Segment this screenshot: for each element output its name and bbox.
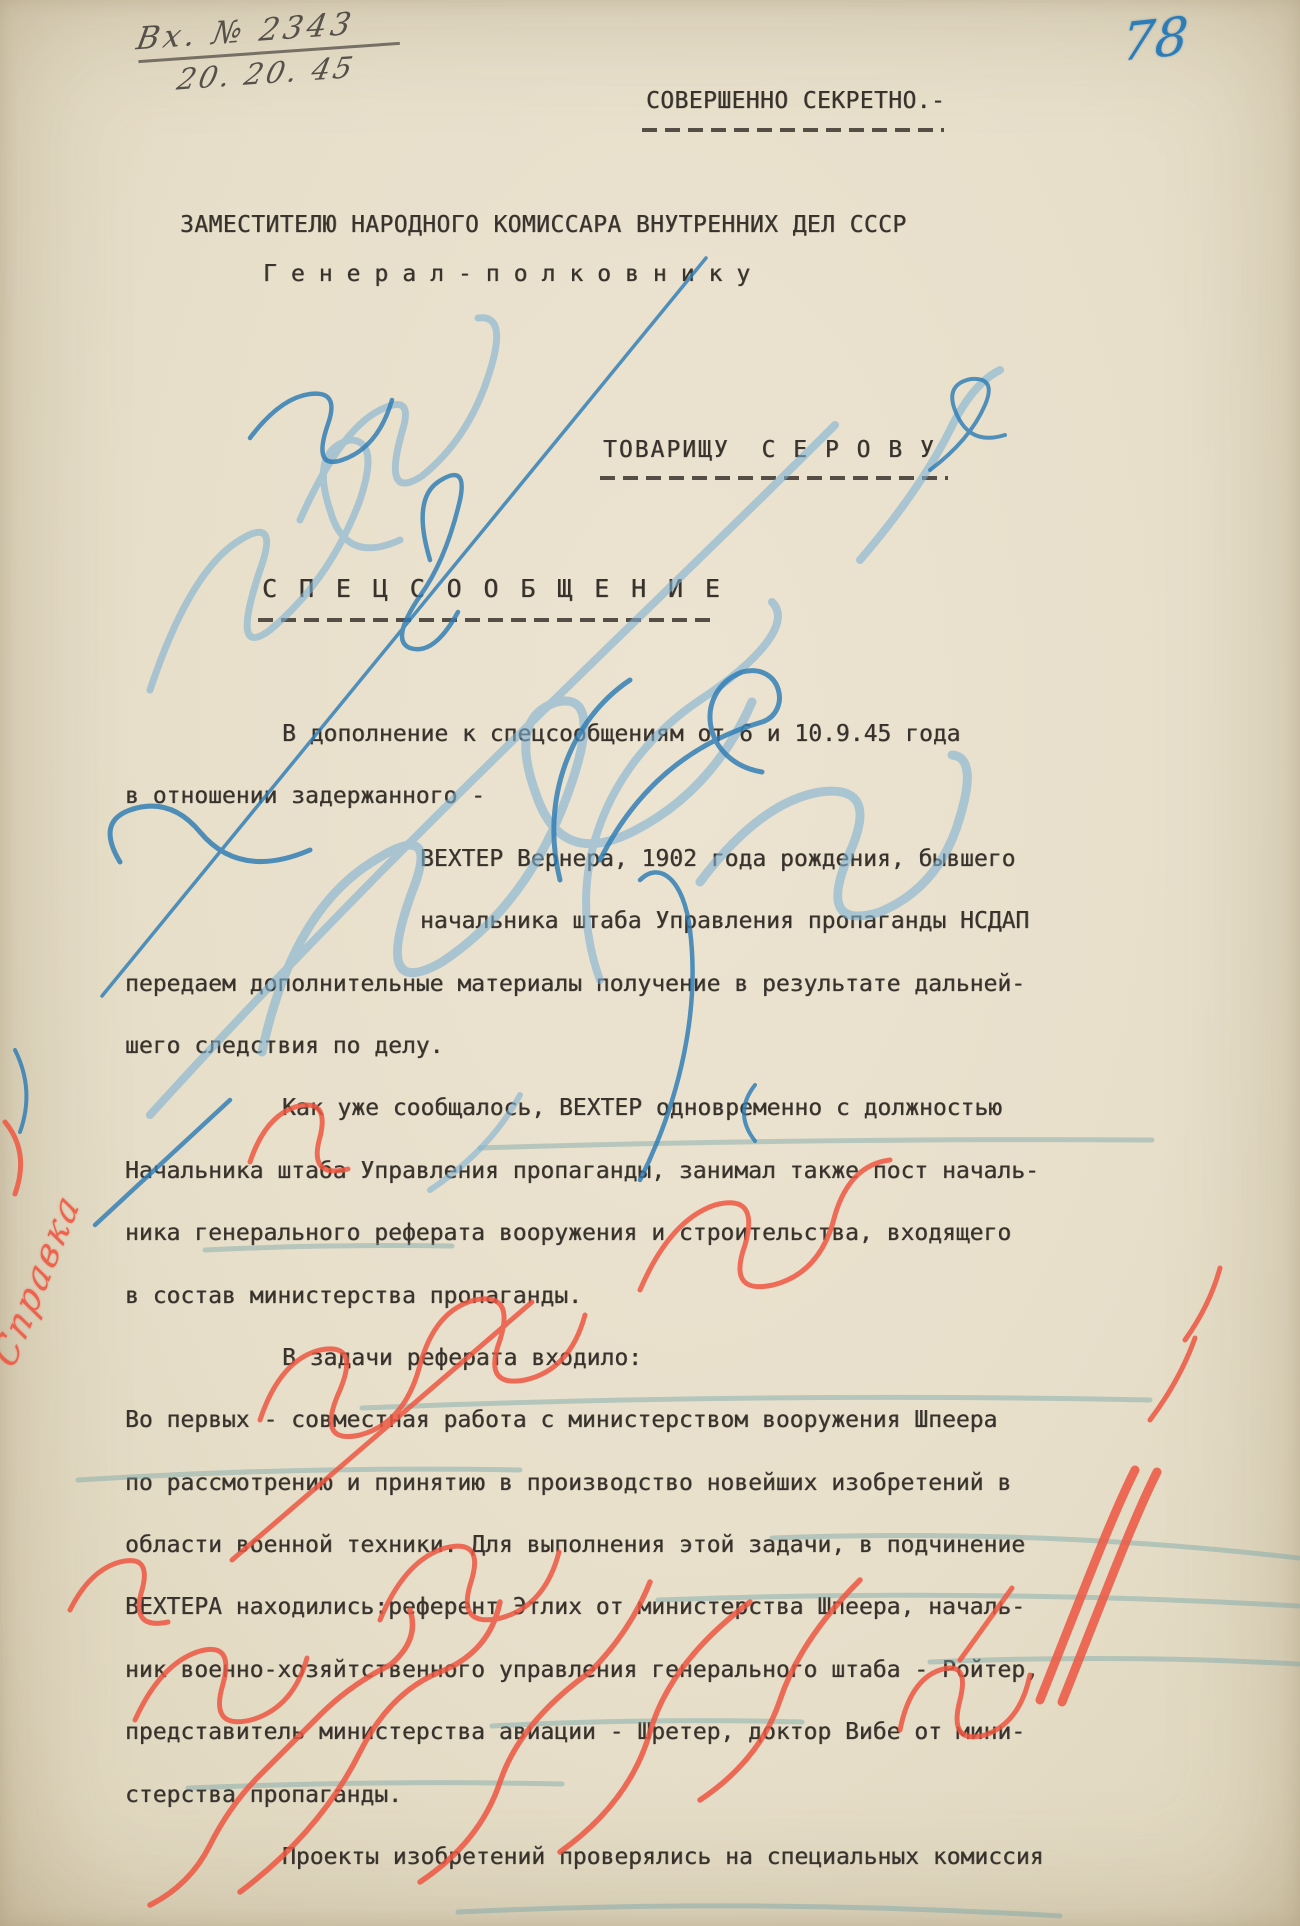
body-line: по рассмотрению и принятию в производств… (125, 1452, 1085, 1514)
registration-stamp: Вх. № 2343 20. 20. 45 (136, 3, 403, 99)
page-number: 78 (1120, 6, 1190, 74)
body-line: ник военно-хозяйтственного управления ге… (125, 1639, 1085, 1701)
body-line: в отношении задержанного - (125, 765, 1085, 827)
body-line: В дополнение к спецсообщениям от 6 и 10.… (125, 703, 1085, 765)
body-line: Проекты изобретений проверялись на специ… (125, 1826, 1085, 1888)
body-line: В задачи реферата входило: (125, 1327, 1085, 1389)
body-line: шего следствия по делу. (125, 1015, 1085, 1077)
document-title: С П Е Ц С О О Б Щ Е Н И Е (262, 574, 723, 603)
body-line: Как уже сообщалось, ВЕХТЕР одновременно … (125, 1077, 1085, 1139)
body-line: представитель министерства авиации - Шре… (125, 1701, 1085, 1763)
body-line: ника генерального реферата вооружения и … (125, 1202, 1085, 1264)
body-line: в состав министерства пропаганды. (125, 1265, 1085, 1327)
body-line: Во первых - совместная работа с министер… (125, 1389, 1085, 1451)
recipient-line-3: ТОВАРИЩУ С Е Р О В У (603, 437, 936, 463)
body-line: ВЕХТЕРА находились:референт Этлих от мин… (125, 1576, 1085, 1638)
recipient-line-2: Генерал-полковнику (263, 261, 764, 287)
classification-label: СОВЕРШЕННО СЕКРЕТНО.- (646, 88, 945, 114)
body-lines: В дополнение к спецсообщениям от 6 и 10.… (125, 703, 1085, 1888)
body-line: начальника штаба Управления пропаганды Н… (125, 890, 1085, 952)
body-line: ВЕХТЕР Вернера, 1902 года рождения, бывш… (125, 828, 1085, 890)
body-line: Начальника штаба Управления пропаганды, … (125, 1140, 1085, 1202)
recipient-underline (600, 476, 948, 480)
body-line: стерства пропаганды. (125, 1764, 1085, 1826)
body-line: области военной техники. Для выполнения … (125, 1514, 1085, 1576)
recipient-line-1: ЗАМЕСТИТЕЛЮ НАРОДНОГО КОМИССАРА ВНУТРЕНН… (180, 212, 907, 238)
title-underline (258, 618, 714, 622)
scanned-document-page: Вх. № 2343 20. 20. 45 78 СОВЕРШЕННО СЕКР… (0, 0, 1300, 1926)
body-line: передаем дополнительные материалы получе… (125, 953, 1085, 1015)
classification-underline (642, 128, 944, 132)
margin-note-red: Справка (0, 1185, 88, 1375)
